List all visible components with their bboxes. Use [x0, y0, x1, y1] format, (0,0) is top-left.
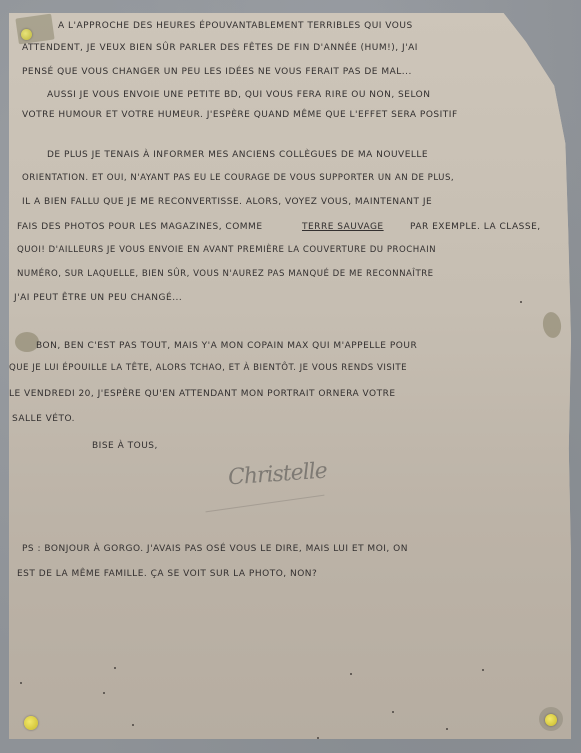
letter-line: A l'approche des heures épouvantablement…	[58, 21, 413, 31]
closing-line: Bise à tous,	[92, 441, 158, 451]
postscript-line: est de la même famille. Ça se voit sur l…	[17, 569, 317, 579]
letter-line: numéro, sur laquelle, bien sûr, vous n'a…	[17, 269, 434, 279]
letter-line: quoi! D'ailleurs je vous envoie en avant…	[17, 245, 436, 255]
handwritten-letter: A l'approche des heures épouvantablement…	[0, 0, 581, 753]
speck	[103, 692, 105, 694]
letter-line: le vendredi 20, j'espère qu'en attendant…	[9, 389, 396, 399]
letter-line: J'ai peut être un peu changé...	[14, 293, 182, 303]
letter-line: Bon, ben c'est pas tout, mais y'a mon co…	[36, 341, 417, 351]
magazine-title: Terre Sauvage	[302, 222, 384, 232]
letter-line: pensé que vous changer un peu les idées …	[22, 67, 412, 77]
postscript-line: PS : Bonjour à Gorgo. J'avais pas osé vo…	[22, 544, 408, 554]
letter-line: il a bien fallu que je me reconvertisse.…	[22, 197, 432, 207]
signature: Christelle	[227, 459, 327, 491]
speck	[392, 711, 394, 713]
speck	[114, 667, 116, 669]
letter-line: votre humour et votre humeur. J'espère q…	[22, 110, 458, 120]
speck	[317, 737, 319, 739]
speck	[446, 728, 448, 730]
speck	[482, 669, 484, 671]
letter-line: orientation. Et oui, n'ayant pas eu le c…	[22, 173, 454, 183]
speck	[350, 673, 352, 675]
letter-line: par exemple. La classe,	[410, 222, 541, 232]
letter-line: salle véto.	[12, 414, 75, 424]
speck	[20, 682, 22, 684]
speck	[132, 724, 134, 726]
speck	[520, 301, 522, 303]
letter-line: fais des photos pour les magazines, comm…	[17, 222, 263, 232]
letter-line: que je lui épouille la tête, alors Tchao…	[9, 363, 407, 373]
signature-stroke	[206, 495, 325, 513]
letter-line: attendent, je veux bien sûr parler des f…	[22, 43, 418, 53]
letter-line: De plus je tenais à informer mes anciens…	[47, 150, 428, 160]
letter-line: Aussi je vous envoie une petite BD, qui …	[47, 90, 430, 100]
